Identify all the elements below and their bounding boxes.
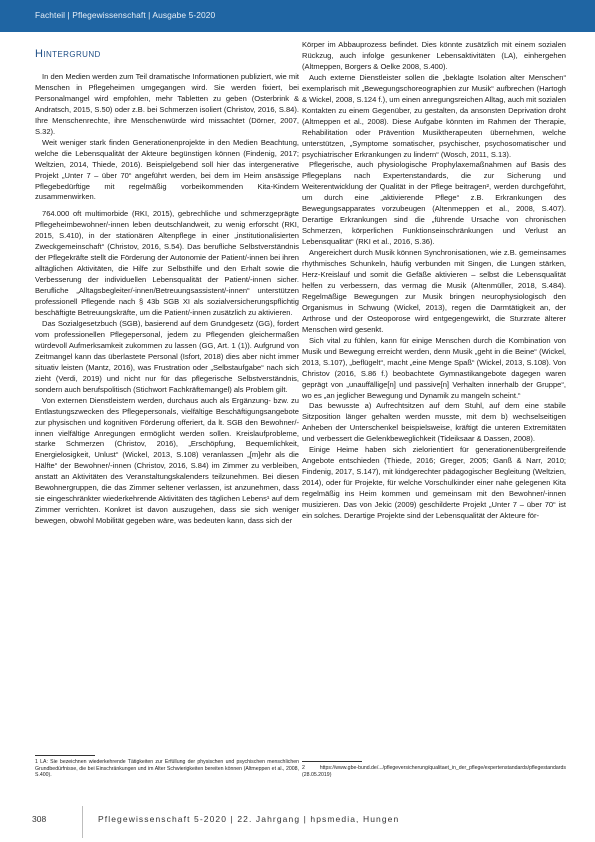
- paragraph: Weit weniger stark finden Generationenpr…: [35, 138, 299, 204]
- paragraph: Das bewusste a) Aufrechtsitzen auf dem S…: [302, 401, 566, 445]
- page-number: 308: [32, 814, 46, 824]
- running-header-bar: Fachteil | Pflegewissenschaft | Ausgabe …: [0, 0, 595, 32]
- paragraph: In den Medien werden zum Teil dramatisch…: [35, 72, 299, 138]
- paragraph: Auch externe Dienstleister sollen die „b…: [302, 73, 566, 161]
- paragraph: Körper im Abbauprozess befindet. Dies kö…: [302, 40, 566, 73]
- paragraph: 764.000 oft multimorbide (RKI, 2015), ge…: [35, 209, 299, 319]
- paragraph: Einige Heime haben sich zielorientiert f…: [302, 445, 566, 522]
- footnote-1: 1 LA: Sie bezeichnen wiederkehrende Täti…: [35, 759, 299, 779]
- paragraph: Das Sozialgesetzbuch (SGB), basierend au…: [35, 319, 299, 396]
- paragraph: Sich vital zu fühlen, kann für einige Me…: [302, 336, 566, 402]
- section-heading: Hintergrund: [35, 48, 101, 60]
- running-header-title: Fachteil | Pflegewissenschaft | Ausgabe …: [35, 10, 215, 20]
- right-text-column: Körper im Abbauprozess befindet. Dies kö…: [302, 40, 566, 522]
- paragraph: Angereichert durch Musik können Synchron…: [302, 248, 566, 336]
- footer-divider: [82, 806, 83, 838]
- footnote-divider: [35, 755, 95, 756]
- footnote-divider: [302, 761, 362, 762]
- paragraph: Von externen Dienstleistern werden, durc…: [35, 396, 299, 527]
- footer-imprint: Pflegewissenschaft 5-2020 | 22. Jahrgang…: [98, 814, 399, 824]
- left-text-column: In den Medien werden zum Teil dramatisch…: [35, 72, 299, 527]
- paragraph: Pflegerische, auch physiologische Prophy…: [302, 160, 566, 248]
- footnote-2: 2 https://www.gbe-bund.de/.../pflegevers…: [302, 765, 566, 778]
